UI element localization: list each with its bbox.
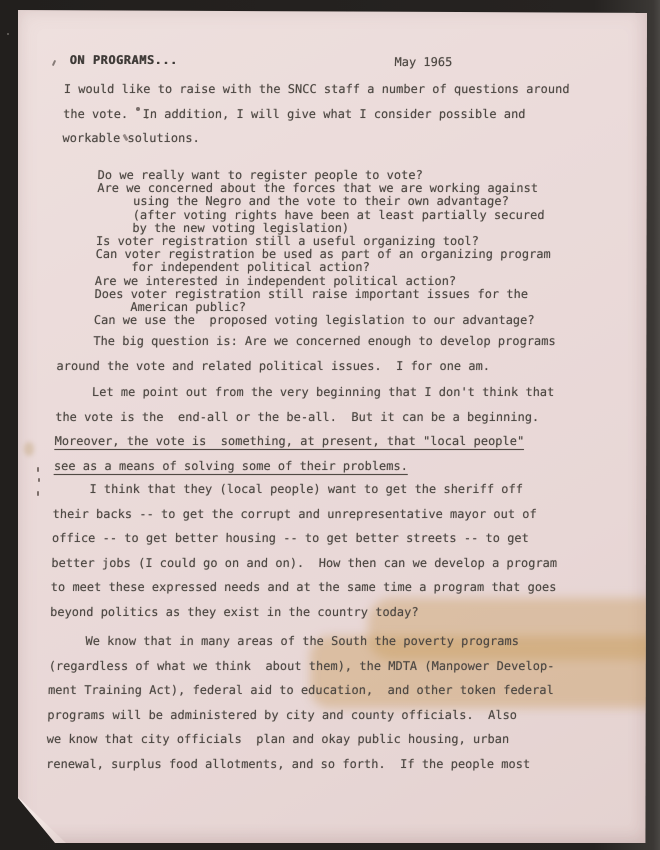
text-line: Moreover, the vote is something, at pres… <box>54 429 553 454</box>
dust-speck <box>7 33 9 35</box>
text-line: (after voting rights have been at least … <box>60 209 552 222</box>
edge-stain-spot <box>24 442 34 456</box>
text-line: the vote is the end-all or the be-all. B… <box>55 405 554 430</box>
text-line: We know that in many areas of the South … <box>49 629 555 654</box>
text-line: beyond politics as they exist in the cou… <box>50 600 556 625</box>
text-line: we know that city officials plan and oka… <box>46 727 552 752</box>
text-line: renewal, surplus food allotments, and so… <box>46 752 552 777</box>
text-line: workable solutions. <box>62 126 568 151</box>
text-line: the vote. In addition, I will give what … <box>63 102 569 127</box>
ink-speck <box>136 107 140 111</box>
margin-pencil-mark <box>37 467 39 472</box>
document-title: ON PROGRAMS... <box>69 53 178 67</box>
scanned-document-photo: { "document": { "header": { "title": "ON… <box>0 0 660 850</box>
text-line: The big question is: Are we concerned en… <box>57 329 556 354</box>
text-line: programs will be administered by city an… <box>47 703 553 728</box>
text-line: better jobs (I could go on and on). How … <box>51 551 557 576</box>
text-line: for independent political action? <box>59 261 551 274</box>
paragraph-point-out: Let me point out from the very beginning… <box>54 380 555 478</box>
text-line: Let me point out from the very beginning… <box>56 380 555 405</box>
text-line: I think that they (local people) want to… <box>53 477 559 502</box>
paragraph-intro: I would like to raise with the SNCC staf… <box>62 77 570 151</box>
paragraph-local-needs: I think that they (local people) want to… <box>50 477 560 624</box>
paragraph-big-question: The big question is: Are we concerned en… <box>56 329 556 378</box>
paragraph-questions-list: Do we really want to register people to … <box>58 169 553 327</box>
paragraph-poverty-programs: We know that in many areas of the South … <box>46 629 556 776</box>
document-page: ON PROGRAMS... May 1965 I would like to … <box>18 10 647 843</box>
text-line: using the Negro and the vote to their ow… <box>61 195 553 208</box>
typewritten-text-block: ON PROGRAMS... May 1965 I would like to … <box>45 43 657 823</box>
margin-pencil-mark <box>37 491 39 496</box>
text-line: ment Training Act), federal aid to educa… <box>48 678 554 703</box>
ink-speck <box>146 117 148 119</box>
text-line: Are we interested in independent politic… <box>59 275 551 288</box>
text-line: see as a means of solving some of their … <box>54 454 553 479</box>
text-line: to meet these expressed needs and at the… <box>50 575 556 600</box>
text-line: office -- to get better housing -- to ge… <box>52 526 558 551</box>
text-line: around the vote and related political is… <box>56 354 555 379</box>
text-line: their backs -- to get the corrupt and un… <box>52 502 558 527</box>
text-line: (regardless of what we think about them)… <box>48 654 554 679</box>
text-line: Can we use the proposed voting legislati… <box>58 314 550 327</box>
margin-pencil-mark <box>38 478 40 482</box>
document-date: May 1965 <box>394 55 452 69</box>
text-line: I would like to raise with the SNCC staf… <box>63 77 569 102</box>
